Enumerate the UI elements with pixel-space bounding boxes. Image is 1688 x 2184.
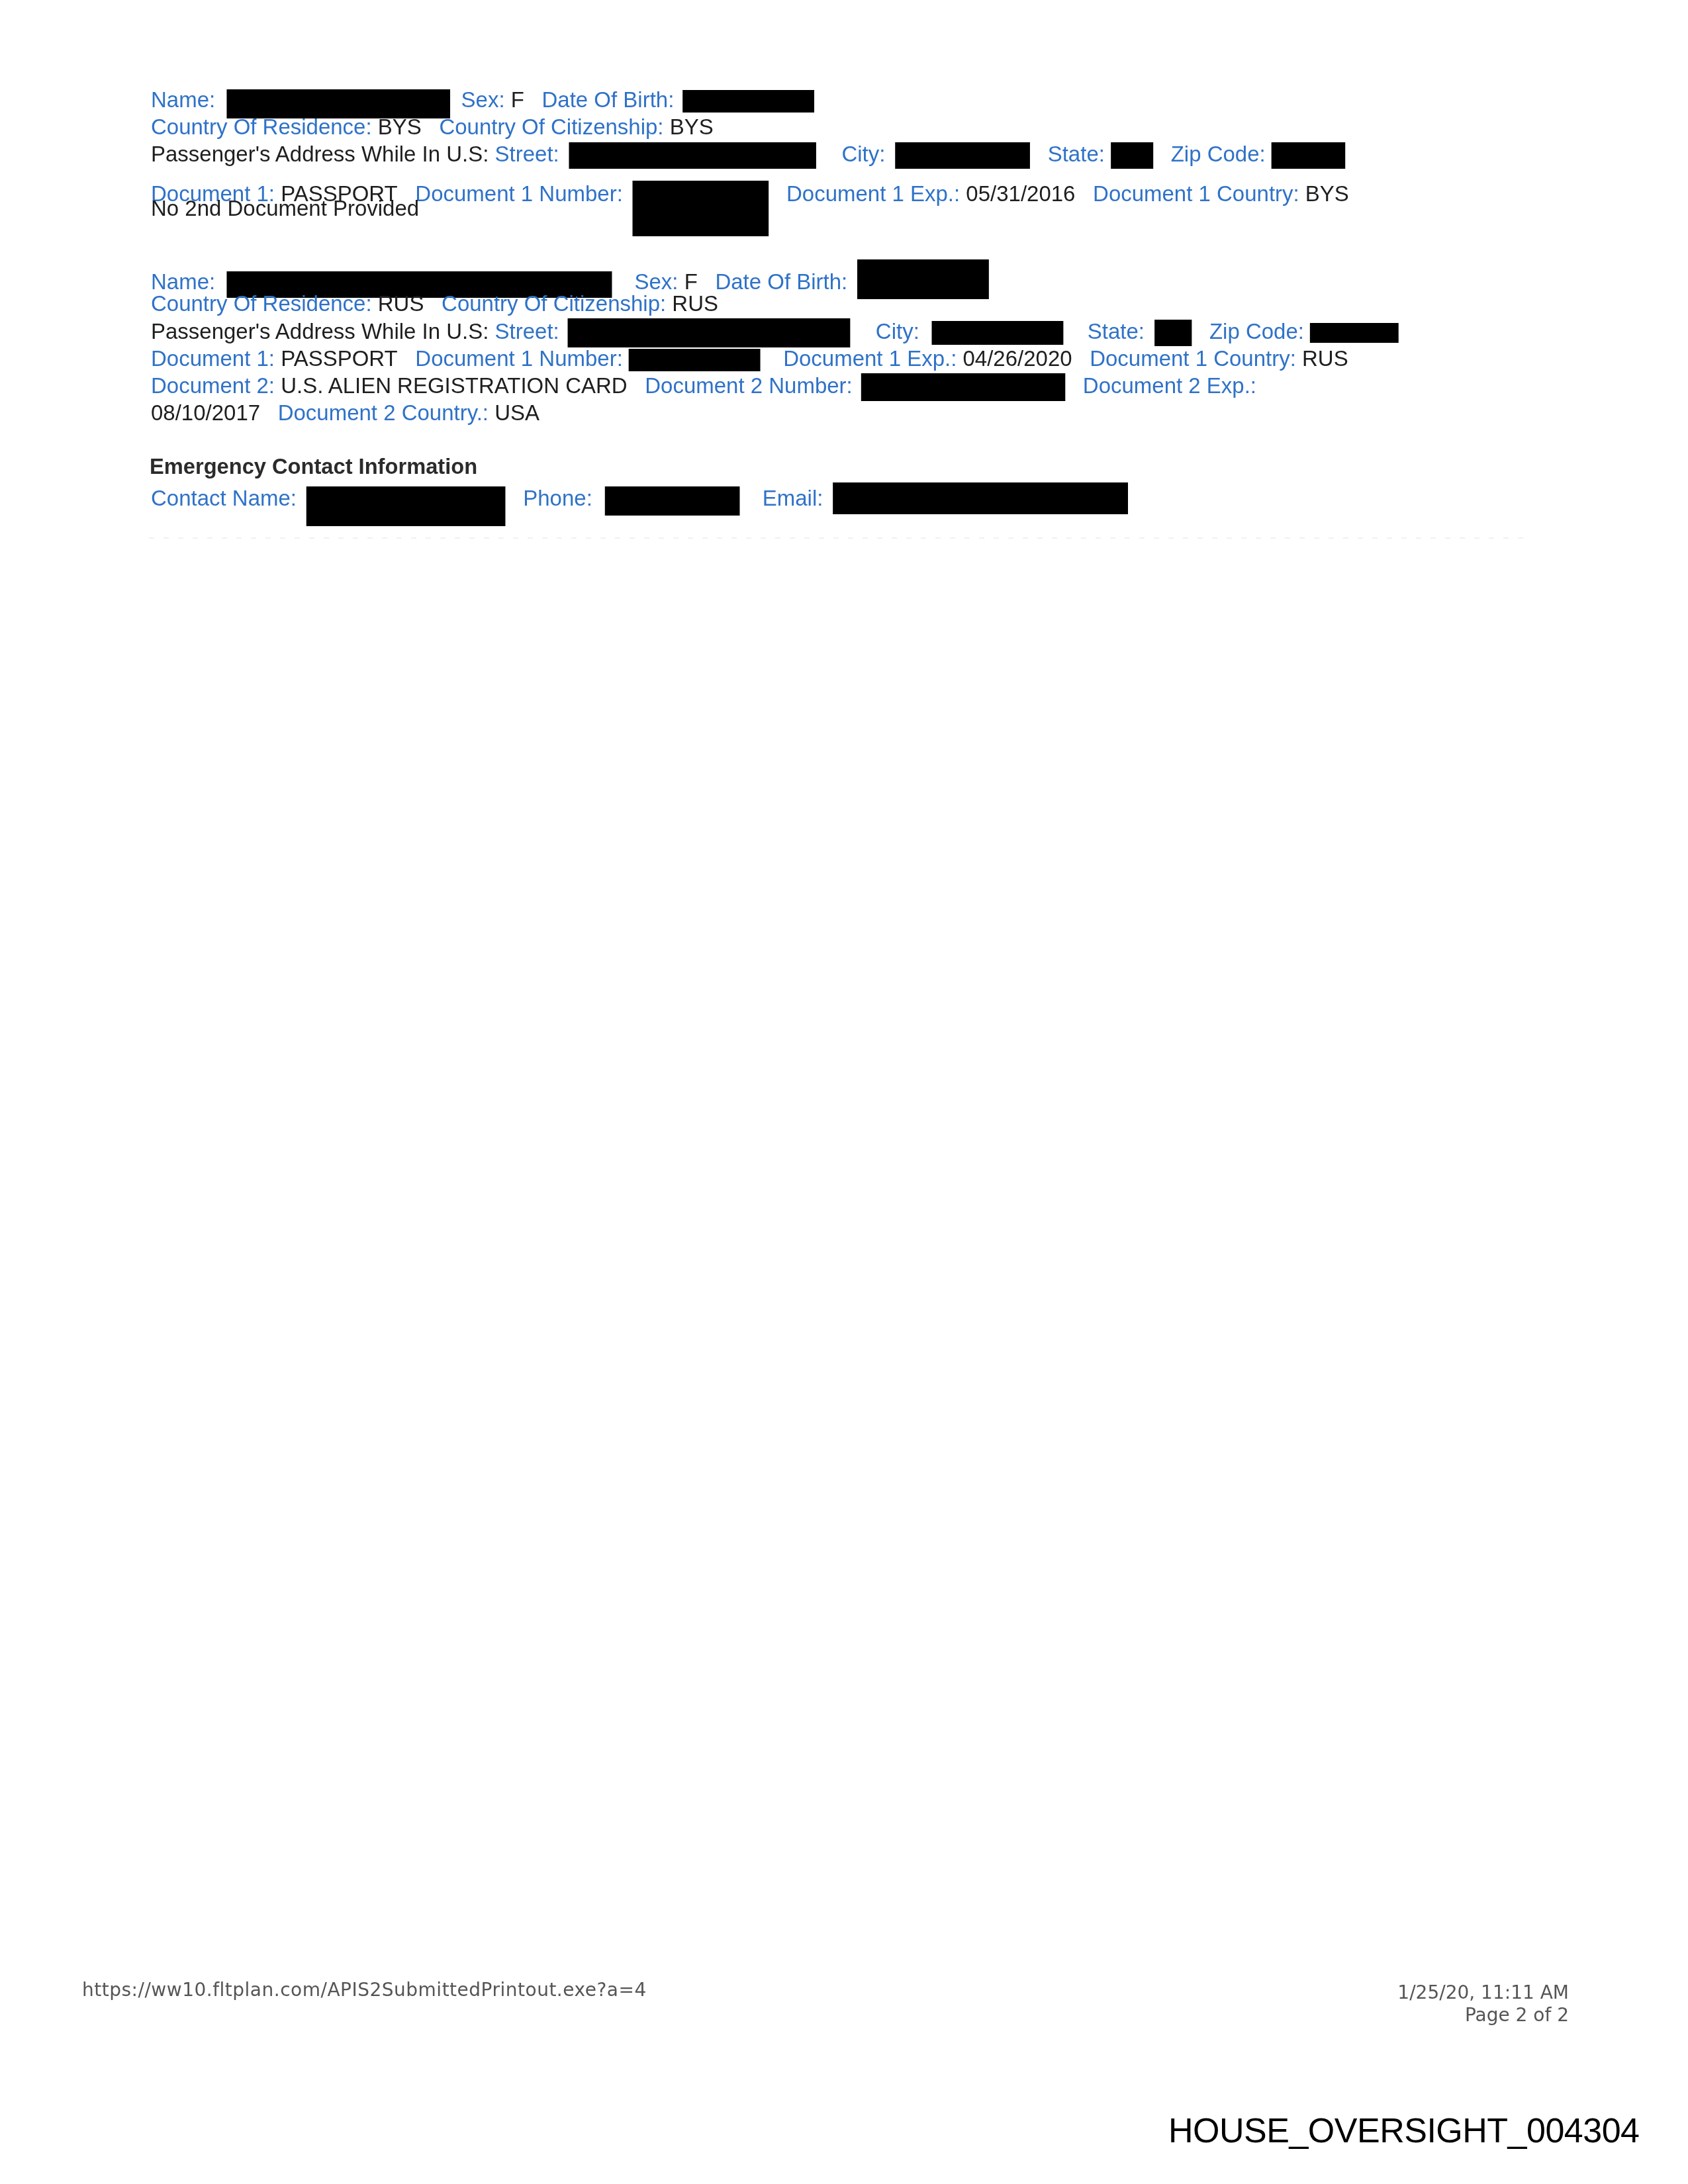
doc1-value: PASSPORT	[281, 346, 398, 371]
doc1-exp-value: 05/31/2016	[966, 181, 1075, 206]
redacted-document-1-number	[633, 181, 769, 236]
bates-number: HOUSE_OVERSIGHT_004304	[1168, 2111, 1640, 2151]
address-intro: Passenger's Address While In U.S:	[151, 319, 489, 344]
redacted-date-of-birth	[857, 259, 989, 299]
redacted-document-1-number	[629, 349, 761, 371]
redacted-document-2-number	[861, 373, 1065, 401]
citizenship-value: RUS	[672, 291, 718, 316]
redacted-contact-name	[306, 486, 506, 526]
redacted-street	[569, 142, 816, 169]
redacted-state	[1111, 142, 1153, 169]
doc2-number-label: Document 2 Number:	[645, 373, 852, 398]
passenger-1-address-line: Passenger's Address While In U.S: Street…	[151, 140, 1345, 168]
address-intro: Passenger's Address While In U.S:	[151, 142, 489, 167]
emergency-contact-heading: Emergency Contact Information	[150, 453, 477, 480]
city-label: City:	[876, 319, 919, 344]
redacted-zip-code	[1272, 142, 1346, 169]
sex-label: Sex:	[461, 87, 505, 113]
passenger-2-address-line: Passenger's Address While In U.S: Street…	[151, 318, 1399, 345]
doc1-exp-label: Document 1 Exp.:	[783, 346, 957, 371]
footer-page-number: Page 2 of 2	[1397, 2004, 1569, 2026]
dob-label: Date Of Birth:	[542, 87, 675, 113]
footer-datetime: 1/25/20, 11:11 AM	[1397, 1981, 1569, 2004]
phone-label: Phone:	[523, 486, 592, 511]
doc2-country-value: USA	[494, 400, 539, 426]
passenger-1-second-document-line: No 2nd Document Provided	[151, 195, 419, 222]
doc1-exp-label: Document 1 Exp.:	[786, 181, 960, 206]
doc2-exp-value: 08/10/2017	[151, 400, 260, 426]
zip-label: Zip Code:	[1171, 142, 1266, 167]
passenger-2-name-line: Name: Sex: F Date Of Birth:	[151, 263, 989, 291]
sex-value: F	[511, 87, 524, 113]
redacted-state	[1154, 320, 1192, 346]
citizenship-label: Country Of Citizenship:	[439, 114, 663, 140]
email-label: Email:	[763, 486, 823, 511]
no-second-document-note: No 2nd Document Provided	[151, 196, 419, 221]
residence-label: Country Of Residence:	[151, 291, 372, 316]
doc1-label: Document 1:	[151, 346, 275, 371]
passenger-2-country-line: Country Of Residence: RUS Country Of Cit…	[151, 290, 718, 318]
footer-print-info: 1/25/20, 11:11 AM Page 2 of 2	[1397, 1981, 1569, 2026]
doc2-exp-label: Document 2 Exp.:	[1083, 373, 1256, 398]
citizenship-label: Country Of Citizenship:	[442, 291, 666, 316]
doc2-country-label: Document 2 Country.:	[278, 400, 489, 426]
state-label: State:	[1088, 319, 1145, 344]
passenger-1-country-line: Country Of Residence: BYS Country Of Cit…	[151, 113, 714, 141]
doc1-country-value: RUS	[1302, 346, 1348, 371]
passenger-2-document-1-line: Document 1: PASSPORT Document 1 Number: …	[151, 345, 1348, 373]
redacted-city	[895, 142, 1030, 169]
doc1-country-label: Document 1 Country:	[1093, 181, 1299, 206]
dob-label: Date Of Birth:	[715, 269, 847, 295]
redacted-date-of-birth	[682, 90, 814, 113]
redacted-phone	[605, 486, 740, 516]
faint-scan-divider	[149, 537, 1526, 539]
doc1-number-label: Document 1 Number:	[415, 346, 622, 371]
passenger-1-document-line: Document 1: PASSPORT Document 1 Number: …	[151, 167, 1349, 195]
passenger-2-document-2-line: Document 2: U.S. ALIEN REGISTRATION CARD…	[151, 372, 1256, 400]
residence-value: RUS	[378, 291, 424, 316]
zip-label: Zip Code:	[1209, 319, 1304, 344]
city-label: City:	[841, 142, 885, 167]
doc1-exp-value: 04/26/2020	[963, 346, 1072, 371]
footer-source-url: https://ww10.fltplan.com/APIS2SubmittedP…	[82, 1979, 647, 2001]
contact-name-label: Contact Name:	[151, 486, 297, 511]
passenger-1-name-line: Name: Sex: F Date Of Birth:	[151, 86, 814, 114]
residence-label: Country Of Residence:	[151, 114, 372, 140]
citizenship-value: BYS	[670, 114, 714, 140]
redacted-zip-code	[1310, 323, 1399, 343]
doc2-label: Document 2:	[151, 373, 275, 398]
street-label: Street:	[495, 142, 559, 167]
doc1-number-label: Document 1 Number:	[415, 181, 622, 206]
street-label: Street:	[495, 319, 559, 344]
redacted-city	[932, 321, 1064, 345]
passenger-2-document-2-cont-line: 08/10/2017 Document 2 Country.: USA	[151, 399, 539, 427]
doc2-value: U.S. ALIEN REGISTRATION CARD	[281, 373, 627, 398]
residence-value: BYS	[378, 114, 422, 140]
doc1-country-value: BYS	[1305, 181, 1349, 206]
redacted-email	[833, 482, 1128, 514]
doc1-country-label: Document 1 Country:	[1090, 346, 1296, 371]
redacted-street	[568, 318, 851, 347]
name-label: Name:	[151, 87, 215, 113]
emergency-contact-line: Contact Name: Phone: Email:	[151, 480, 1129, 508]
state-label: State:	[1048, 142, 1105, 167]
